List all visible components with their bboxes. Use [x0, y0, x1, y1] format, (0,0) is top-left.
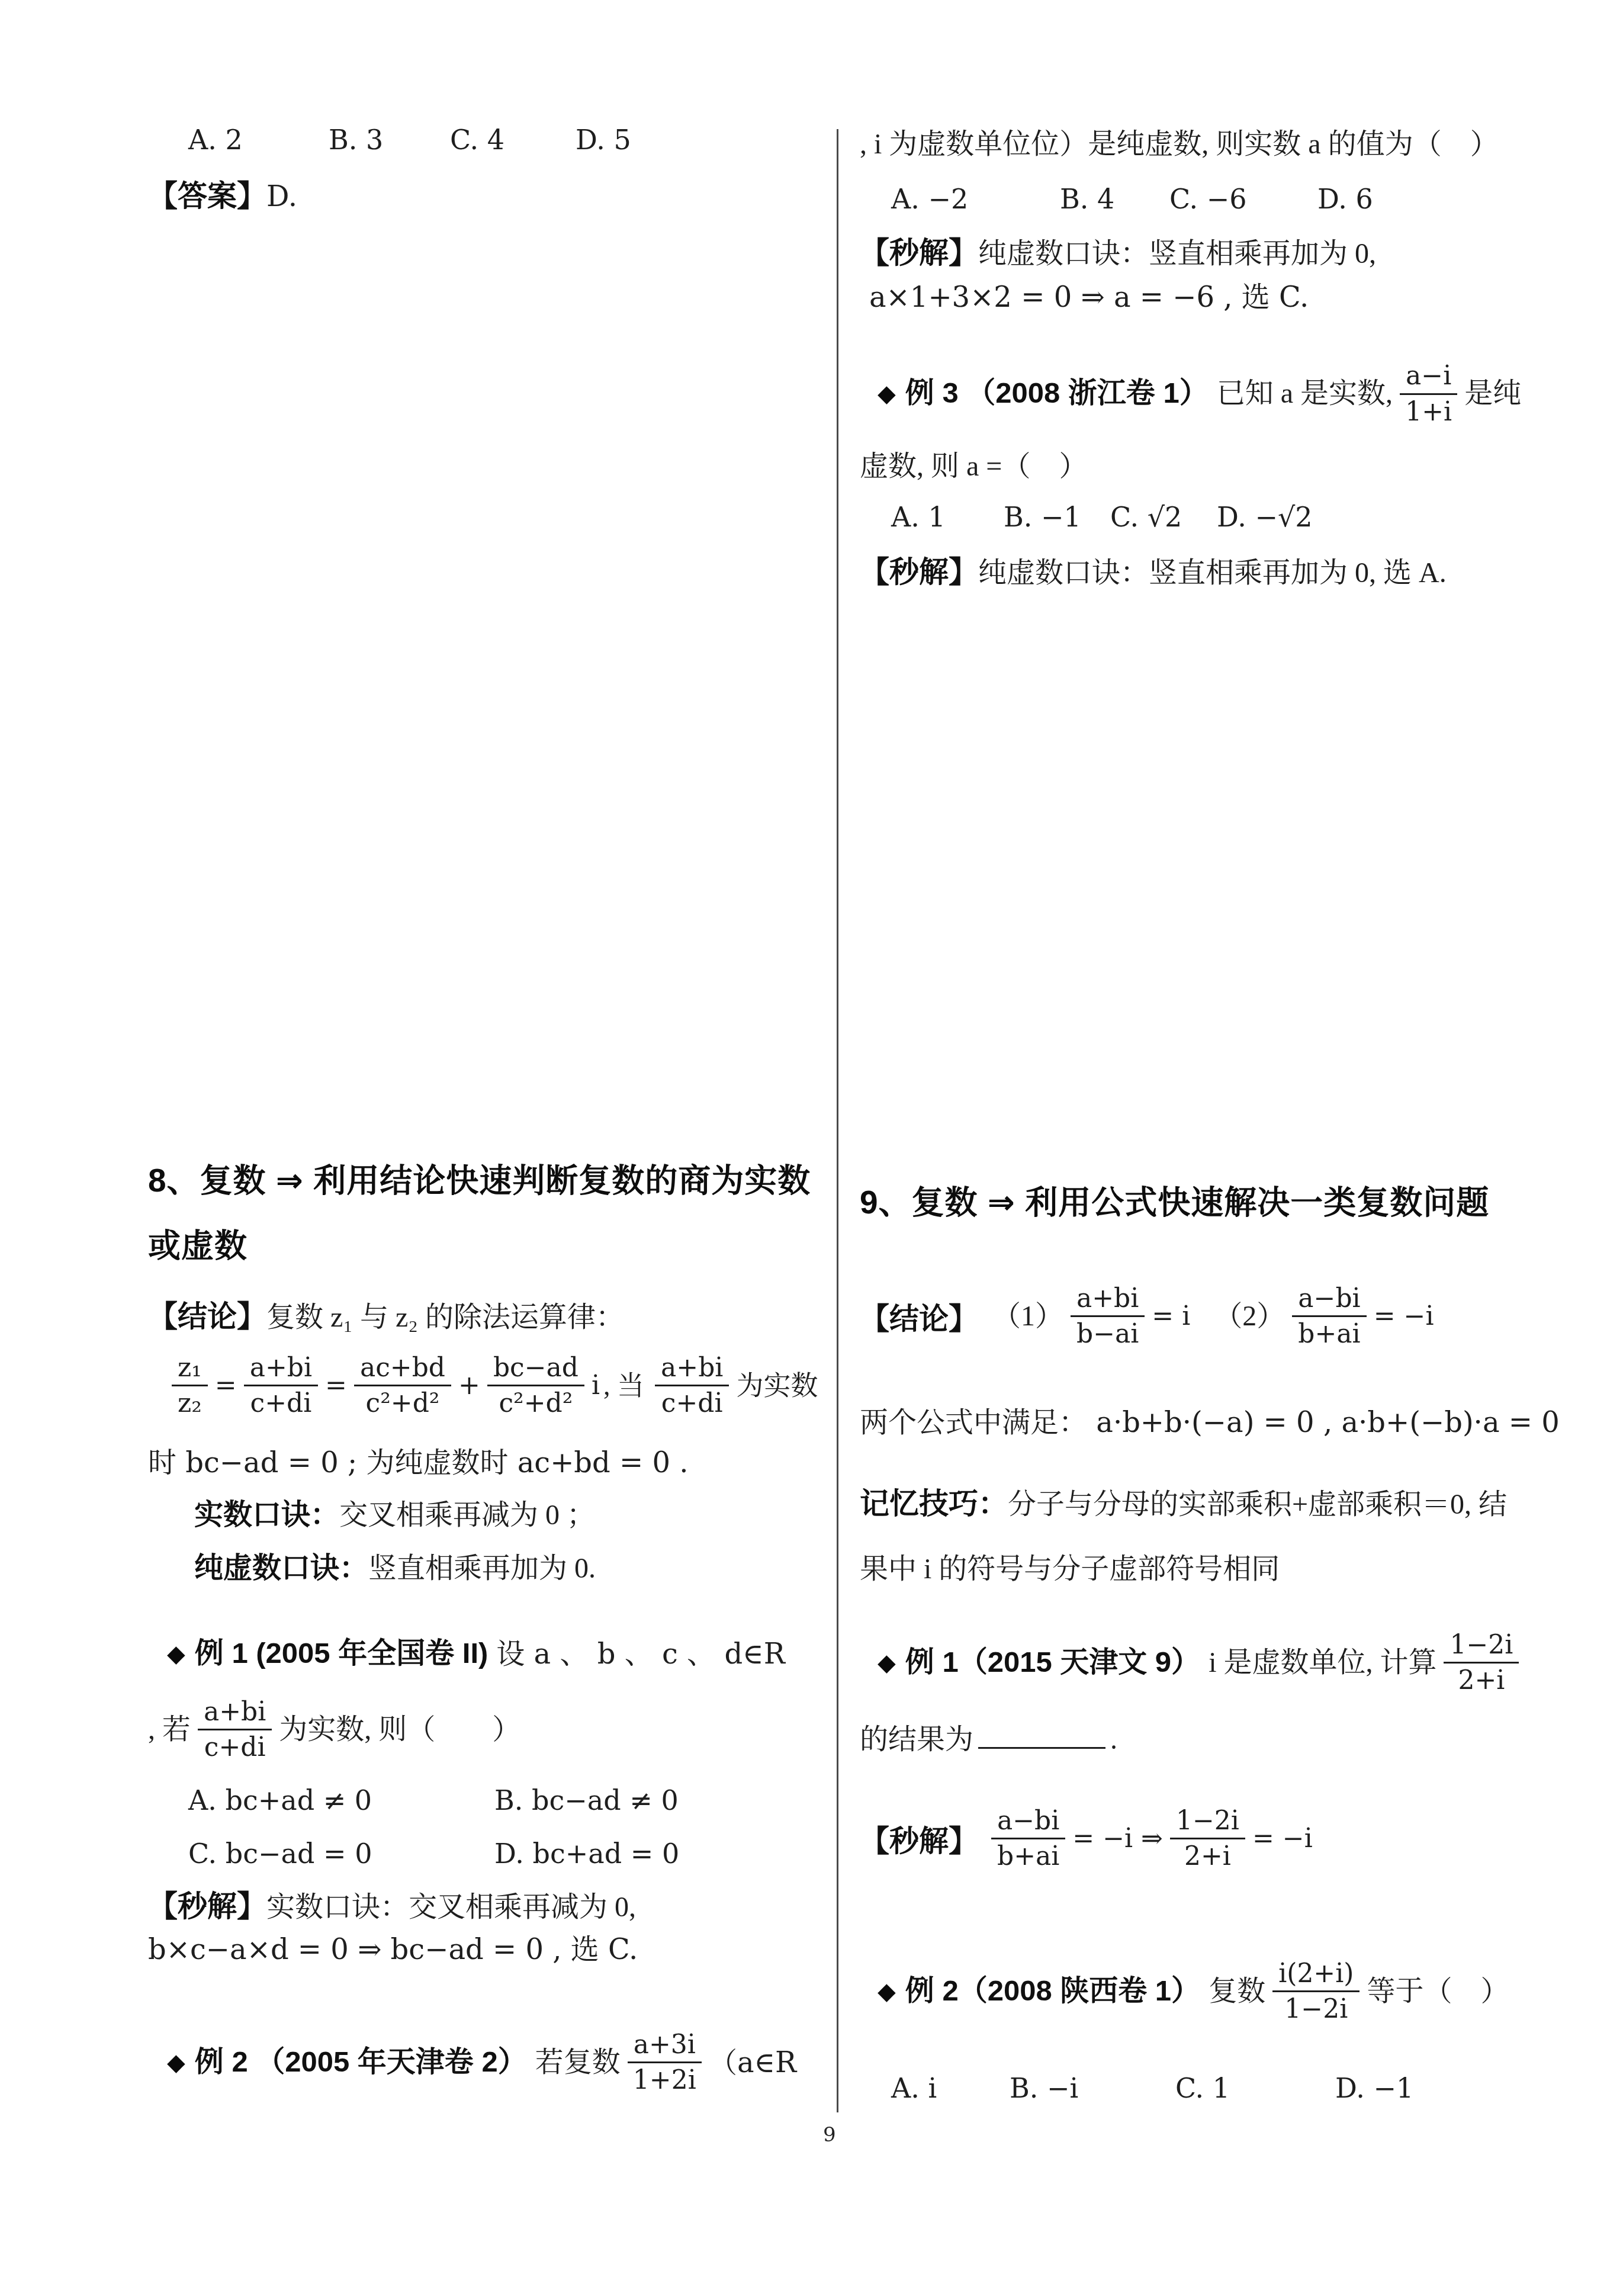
conclusion-text: 复数 z₁ 与 z₂ 的除法运算律： [266, 1302, 624, 1333]
formula-condition-line: 时 bc−ad = 0 ; 为纯虚数时 ac+bd = 0 . [148, 1445, 689, 1481]
formula-tail-text: 为实数 [736, 1369, 818, 1403]
right-example1-title: 例 1（2015 天津文 9） [905, 1645, 1200, 1681]
option-a: A. −2 [891, 182, 1060, 217]
example3-title: 例 3 （2008 浙江卷 1） [905, 375, 1209, 412]
example2-post: （a∈R [709, 2045, 796, 2080]
option-d: D. −√2 [1217, 500, 1313, 535]
real-tip-label: 实数口诀： [194, 1499, 339, 1531]
conclusion-label: 【结论】 [860, 1295, 978, 1338]
option-a: A. i [891, 2072, 1010, 2106]
example3-solution-line: 【秒解】纯虚数口诀：竖直相乘再加为 0, 选 A. [860, 554, 1447, 591]
right-solution-line2: a×1+3×2 = 0 ⇒ a = −6 , 选 C. [869, 280, 1309, 315]
formula-mid-text: , 当 [603, 1369, 644, 1403]
option-d: D. 6 [1317, 182, 1373, 217]
right-example2-title: 例 2（2008 陕西卷 1） [905, 1973, 1200, 2009]
answer-label: 【答案】 [148, 179, 266, 213]
left-example1-title-line: ◆ 例 1 (2005 年全国卷 II) 设 a 、 b 、 c 、 d∈R [167, 1636, 785, 1672]
right-continued-line: , i 为虚数单位位）是纯虚数, 则实数 a 的值为（ ） [860, 127, 1499, 162]
option-d: D. bc+ad = 0 [494, 1837, 679, 1871]
fraction-i2i-12i: i(2+i) 1−2i [1272, 1957, 1360, 2026]
section8-conclusion-line: 【结论】复数 z₁ 与 z₂ 的除法运算律： [148, 1298, 624, 1335]
fraction-abi-bai-2: a−bi b+ai [1292, 1282, 1366, 1351]
fraction-abi-bai: a+bi b−ai [1071, 1282, 1145, 1351]
fraction-a3i-12i: a+3i 1+2i [628, 2028, 702, 2097]
option-b: B. 3 [329, 123, 450, 158]
example1-intro: 设 a 、 b 、 c 、 d∈R [496, 1636, 785, 1672]
right-example1-result-line: 的结果为. [860, 1722, 1117, 1758]
section9-conclusion-row: 【结论】 （1） a+bi b−ai = i （2） a−bi b+ai = −… [860, 1264, 1434, 1368]
fraction-abi-cdi-3: a+bi c+di [198, 1695, 272, 1764]
right-example1-title-line: ◆ 例 1（2015 天津文 9） i 是虚数单位, 计算 1−2i 2+i [878, 1614, 1526, 1711]
example-bullet-icon: ◆ [878, 1648, 896, 1678]
right-options-row: A. −2 B. 4 C. −6 D. 6 [891, 182, 1373, 217]
solution-text: 纯虚数口诀：竖直相乘再加为 0, 选 A. [978, 557, 1447, 589]
answer-blank-underline [978, 1725, 1105, 1749]
equals-neg-i: = −i [1252, 1823, 1313, 1854]
memory-tip-line2: 果中 i 的符号与分子虚部符号相同 [860, 1552, 1280, 1587]
option-c: C. 4 [450, 123, 576, 158]
option-b: B. 4 [1060, 182, 1169, 217]
option-b: B. −i [1010, 2072, 1175, 2106]
option-c: C. −6 [1169, 182, 1317, 217]
document-page: A. 2 B. 3 C. 4 D. 5 【答案】D. 8、复数 ⇒ 利用结论快速… [0, 0, 1623, 2296]
item2-number: （2） [1214, 1299, 1285, 1334]
right-example2-post: 等于（ ） [1367, 1974, 1509, 2009]
implies-expression: = −i ⇒ [1072, 1823, 1163, 1854]
real-tip-text: 交叉相乘再减为 0 ； [339, 1499, 595, 1531]
division-rule-formula: z₁ z₂ = a+bi c+di = ac+bd c²+d² + bc−ad … [165, 1334, 818, 1437]
answer-line: 【答案】D. [148, 178, 297, 215]
fraction-z1-z2: z₁ z₂ [172, 1351, 208, 1420]
example-bullet-icon: ◆ [878, 379, 896, 409]
column-divider-line [837, 129, 838, 2112]
memory-tip-text1: 分子与分母的实部乘积+虚部乘积＝0, 结 [1008, 1489, 1507, 1520]
imag-tip-label: 纯虚数口诀： [194, 1552, 368, 1584]
left-example2-line: ◆ 例 2 （2005 年天津卷 2） 若复数 a+3i 1+2i （a∈R [167, 2014, 796, 2111]
example-bullet-icon: ◆ [167, 1639, 185, 1669]
item1-number: （1） [992, 1299, 1063, 1334]
solution-label: 【秒解】 [860, 1817, 978, 1860]
example1-line2-post: 为实数, 则（ ） [279, 1712, 520, 1748]
example1-line2-pre: , 若 [148, 1712, 191, 1748]
memory-tip-line1: 记忆技巧：分子与分母的实部乘积+虚部乘积＝0, 结 [860, 1485, 1507, 1523]
example3-intro: 已知 a 是实数, [1217, 376, 1393, 412]
example-bullet-icon: ◆ [167, 2048, 185, 2077]
example3-options-row: A. 1 B. −1 C. √2 D. −√2 [891, 500, 1313, 535]
example2-title: 例 2 （2005 年天津卷 2） [195, 2044, 527, 2080]
right-example1-solution-row: 【秒解】 a−bi b+ai = −i ⇒ 1−2i 2+i = −i [860, 1790, 1313, 1887]
option-d: D. 5 [576, 123, 631, 158]
conclusion-label: 【结论】 [148, 1300, 266, 1333]
solution-label: 【秒解】 [860, 555, 978, 589]
fraction-abi-cdi-2: a+bi c+di [655, 1351, 729, 1420]
example3-line2: 虚数, 则 a =（ ） [860, 449, 1087, 484]
right-example2-options-row: A. i B. −i C. 1 D. −1 [891, 2072, 1413, 2106]
right-example1-intro: i 是虚数单位, 计算 [1209, 1645, 1436, 1681]
option-a: A. 1 [891, 500, 1004, 535]
imaginary-i: i [592, 1370, 600, 1401]
option-b: B. bc−ad ≠ 0 [494, 1784, 679, 1818]
fraction-abi-bai-3: a−bi b+ai [991, 1804, 1065, 1873]
fraction-12i-2i-2: 1−2i 2+i [1170, 1804, 1245, 1873]
fraction-12i-2i: 1−2i 2+i [1444, 1628, 1519, 1697]
option-a: A. bc+ad ≠ 0 [188, 1784, 494, 1818]
example1-title: 例 1 (2005 年全国卷 II) [195, 1636, 488, 1672]
solution-label: 【秒解】 [148, 1890, 266, 1923]
option-c: C. 1 [1175, 2072, 1335, 2106]
section9-title: 9、复数 ⇒ 利用公式快速解决一类复数问题 [860, 1181, 1489, 1224]
example-bullet-icon: ◆ [878, 1977, 896, 2006]
real-tip-line: 实数口诀：交叉相乘再减为 0 ； [194, 1497, 595, 1533]
answer-value: D. [266, 180, 297, 213]
left-example1-question-line: , 若 a+bi c+di 为实数, 则（ ） [148, 1681, 520, 1778]
solution-text: 实数口诀：交叉相乘再减为 0, [266, 1892, 636, 1923]
example1-solution-line1: 【秒解】实数口诀：交叉相乘再减为 0, [148, 1888, 636, 1925]
memory-tip-label: 记忆技巧： [860, 1487, 1008, 1520]
right-example2-title-line: ◆ 例 2（2008 陕西卷 1） 复数 i(2+i) 1−2i 等于（ ） [878, 1942, 1509, 2040]
solution-label: 【秒解】 [860, 236, 978, 269]
section8-title-line2: 或虚数 [148, 1225, 248, 1267]
option-c: C. bc−ad = 0 [188, 1837, 494, 1871]
option-a: A. 2 [188, 123, 329, 158]
prev-question-options-row: A. 2 B. 3 C. 4 D. 5 [188, 123, 631, 158]
example3-title-line: ◆ 例 3 （2008 浙江卷 1） 已知 a 是实数, a−i 1+i 是纯 [878, 346, 1521, 441]
right-example2-intro: 复数 [1209, 1974, 1265, 2009]
imag-tip-line: 纯虚数口诀：竖直相乘再加为 0. [194, 1550, 596, 1587]
plus-sign: + [458, 1370, 480, 1401]
example1-options-row-ab: A. bc+ad ≠ 0 B. bc−ad ≠ 0 [188, 1784, 679, 1818]
result-pre: 的结果为 [860, 1724, 973, 1755]
equals-i: = i [1152, 1301, 1190, 1331]
example1-options-row-cd: C. bc−ad = 0 D. bc+ad = 0 [188, 1837, 679, 1871]
example1-solution-line2: b×c−a×d = 0 ⇒ bc−ad = 0 , 选 C. [148, 1932, 638, 1967]
page-number: 9 [823, 2123, 836, 2147]
result-post: . [1110, 1724, 1117, 1755]
option-d: D. −1 [1335, 2072, 1413, 2106]
fraction-abi-cdi: a+bi c+di [244, 1351, 318, 1420]
equals-sign: = [215, 1370, 237, 1401]
example3-post: 是纯 [1464, 376, 1521, 412]
fraction-bcad: bc−ad c²+d² [487, 1351, 584, 1420]
right-solution-line1: 【秒解】纯虚数口诀：竖直相乘再加为 0, [860, 235, 1376, 272]
section9-satisfy-line: 两个公式中满足： a·b+b·(−a) = 0 , a·b+(−b)·a = 0 [860, 1405, 1560, 1440]
fraction-acbd: ac+bd c²+d² [354, 1351, 451, 1420]
solution-text: 纯虚数口诀：竖直相乘再加为 0, [978, 238, 1376, 269]
imag-tip-text: 竖直相乘再加为 0. [368, 1553, 596, 1584]
equals-neg-i: = −i [1374, 1301, 1434, 1331]
section8-title-line1: 8、复数 ⇒ 利用结论快速判断复数的商为实数 [148, 1160, 811, 1202]
equals-sign: = [325, 1370, 347, 1401]
option-c: C. √2 [1110, 500, 1217, 535]
option-b: B. −1 [1004, 500, 1110, 535]
fraction-ai-1i: a−i 1+i [1400, 359, 1457, 428]
example2-pre: 若复数 [535, 2045, 621, 2080]
